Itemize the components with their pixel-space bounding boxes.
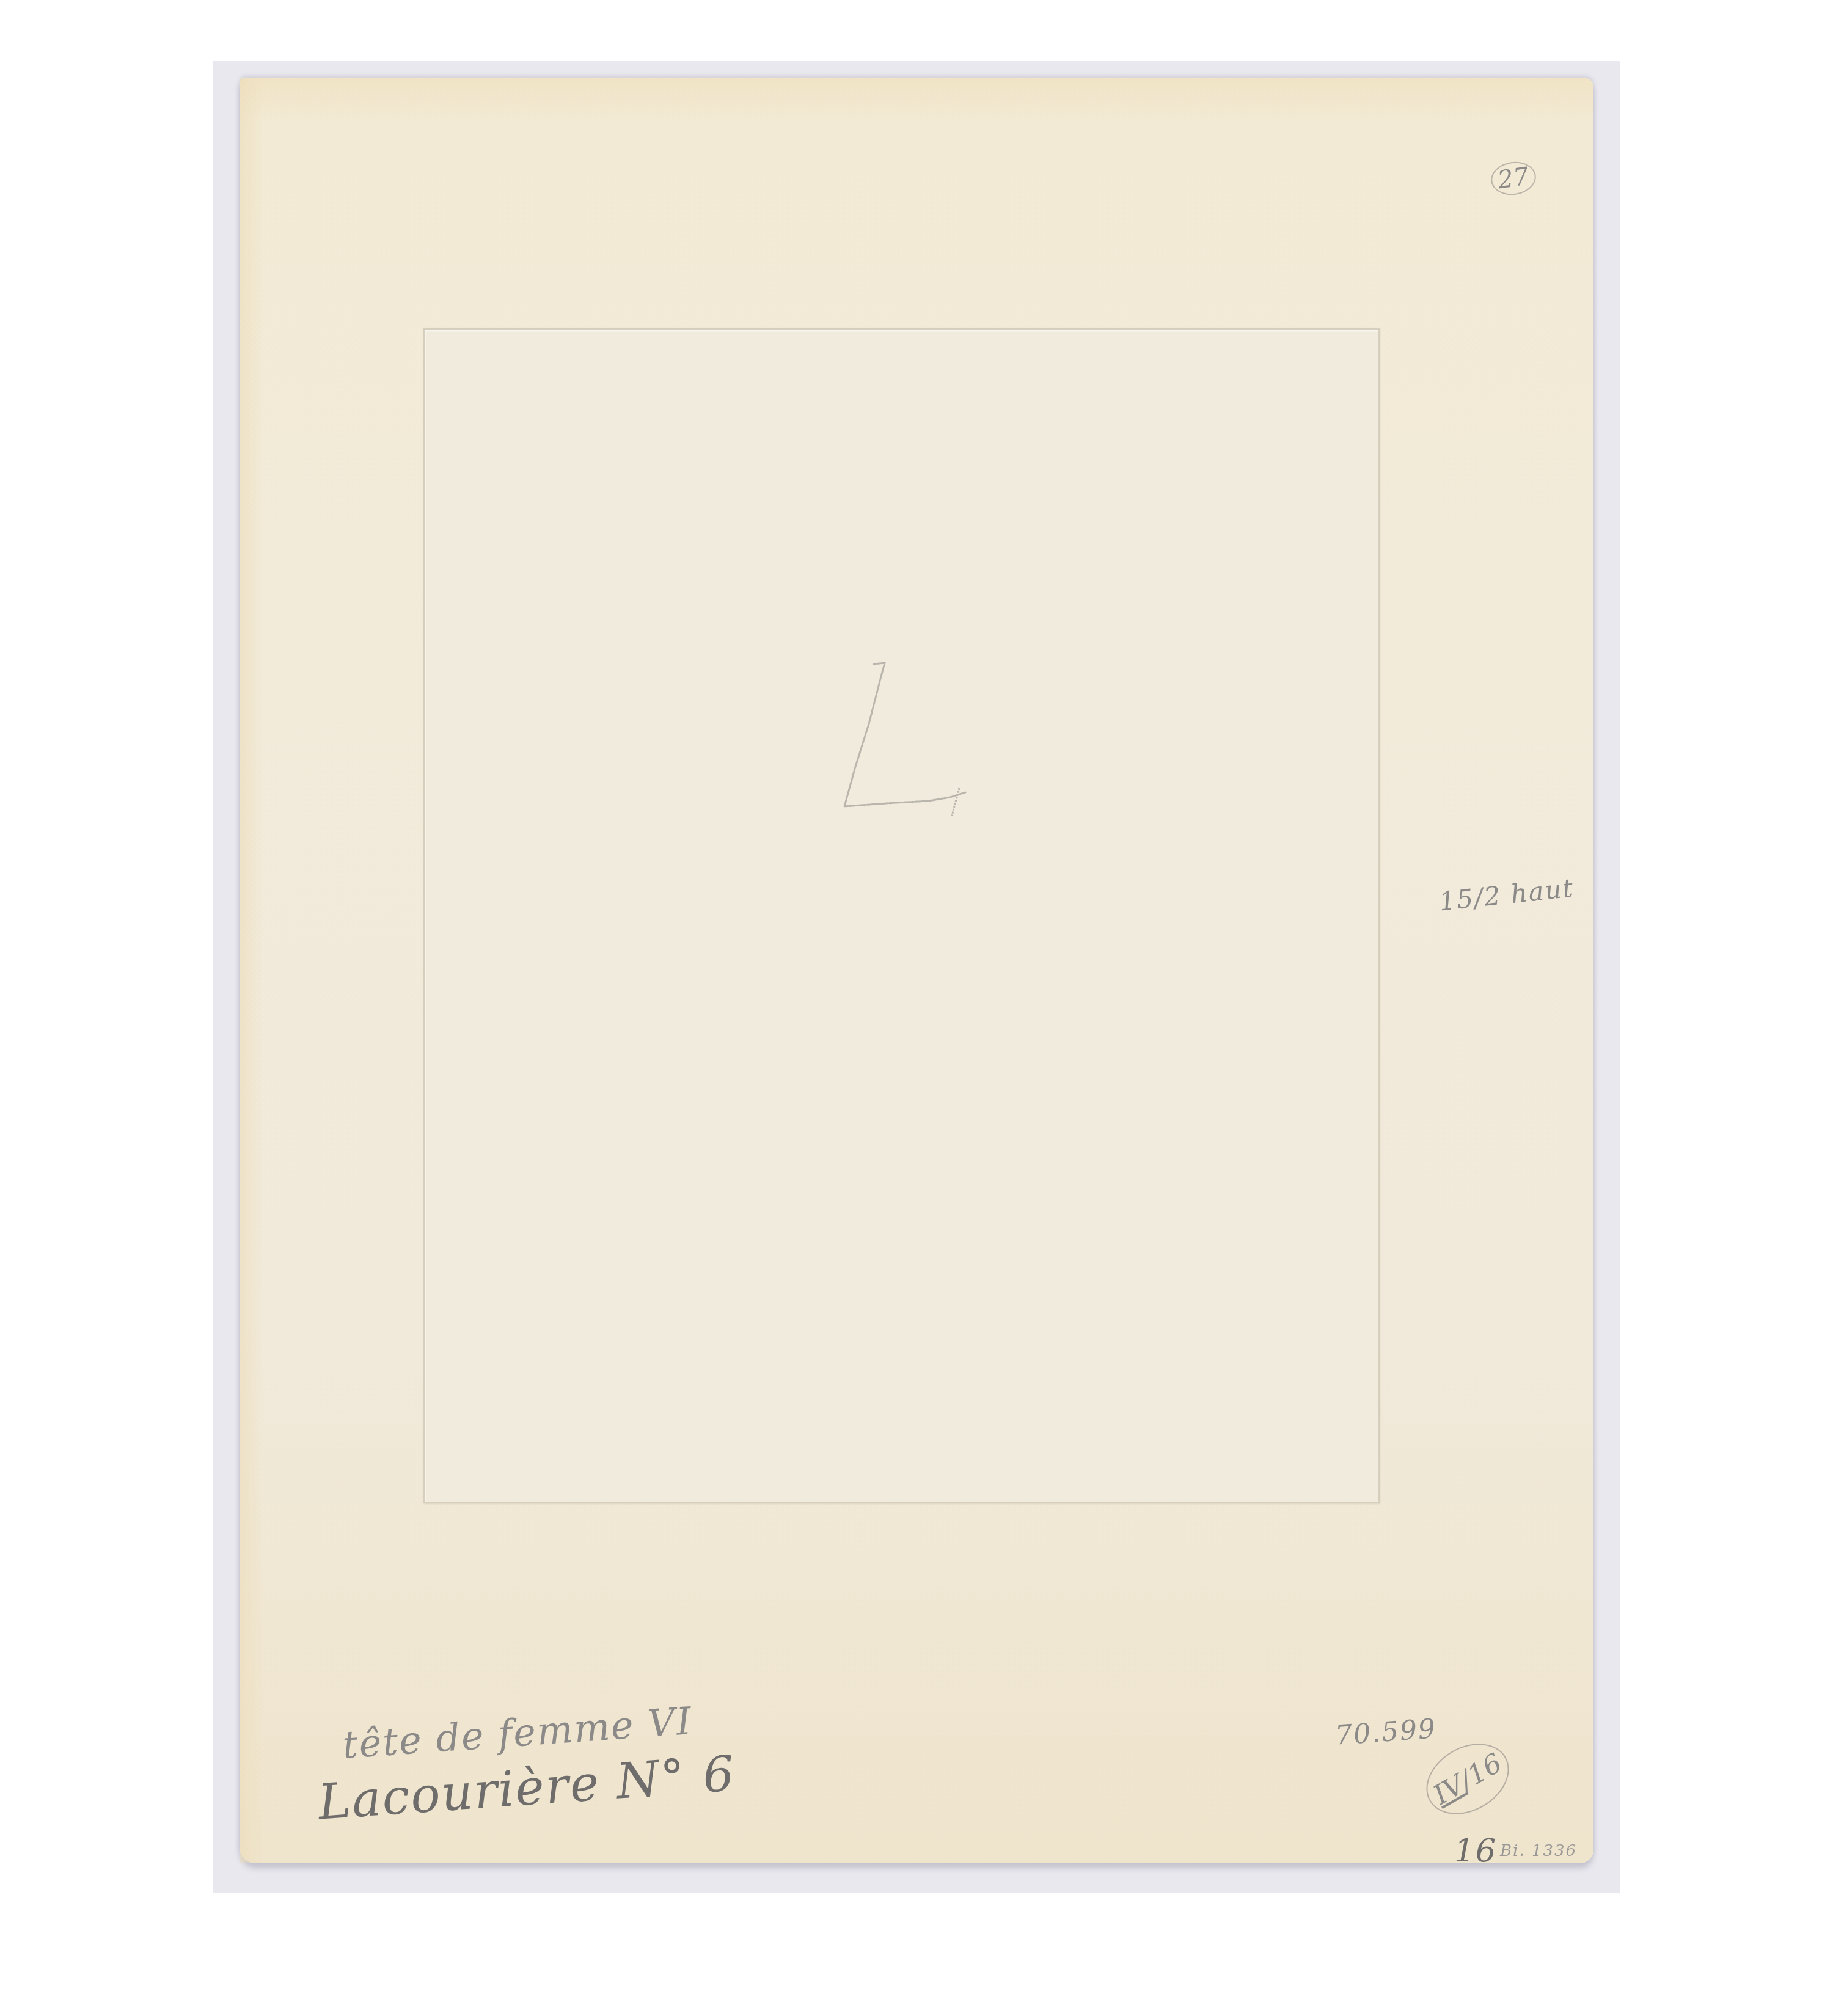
paper-sheet (240, 78, 1593, 1863)
pencil-sketch-angle (837, 657, 990, 816)
plate-mark (423, 328, 1380, 1503)
bi-reference-number: Bi. 1336 (1500, 1842, 1577, 1860)
sheet-number: 16 (1454, 1833, 1497, 1869)
